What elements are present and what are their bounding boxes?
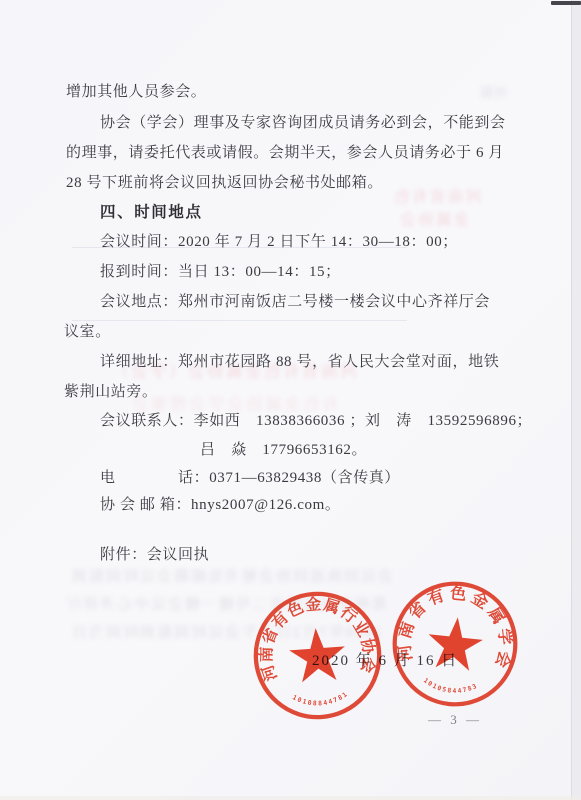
body-line-venue-2: 议室。 [64,320,111,341]
body-line-participants: 增加其他人员参会。 [66,80,206,101]
bleed-through-corner-mark: 刊报 [478,82,508,101]
official-seal-society: 河南省有色金属学会 4101058447834 [381,570,528,717]
body-line-meeting-time: 会议时间：2020 年 7 月 2 日下午 14：30—18：00； [100,230,458,251]
page-number: — 3 — [428,712,482,728]
official-seal-industry-association: 河南省有色金属行业协会 4101088447818 [244,582,390,728]
body-line-venue-1: 会议地点：郑州市河南饭店二号楼一楼会议中心齐祥厅会 [100,290,490,311]
attachment-note: 附件：会议回执 [100,543,209,564]
scan-page-right-edge [571,0,581,800]
scanned-document-page: 刊报 河南省有色 金属协会 河南省有色金属协会（学会） 有色金属协会学会理事会 … [0,0,581,800]
body-line-phone: 电 话：0371—63829438（含传真） [100,466,400,487]
body-line-directors-1: 协会（学会）理事及专家咨询团成员请务必到会，不能到会 [100,111,506,132]
star-icon [425,614,485,671]
body-line-address-2: 紫荆山站旁。 [64,380,158,401]
body-line-contacts-2: 吕 焱 17796653162。 [200,438,367,459]
body-line-directors-2: 的理事，请委托代表或请假。会期半天，参会人员请务必于 6 月 [66,141,504,162]
body-line-checkin-time: 报到时间：当日 13：00—14：15； [100,260,341,281]
scanner-artifact-line [551,1,581,5]
seal-left-graphic: 河南省有色金属行业协会 4101088447818 [244,582,390,728]
bleed-through-gray-line1: 会议回执返回协会秘书处邮箱会议时间报到 [70,565,393,586]
body-line-directors-3: 28 号下班前将会议回执返回协会秘书处邮箱。 [66,171,383,192]
body-line-email: 协 会 邮 箱：hnys2007@126.com。 [100,493,340,514]
section-heading-time-place: 四、时间地点 [100,200,203,222]
star-icon [288,626,347,683]
bleed-through-red-block-line2: 金属协会 [398,207,470,230]
scan-page-bottom-edge [0,796,581,800]
bleed-through-table-rule-bottom [72,320,407,321]
body-line-address-1: 详细地址：郑州市花园路 88 号，省人民大会堂对面，地铁 [100,350,499,371]
bleed-through-red-block-line1: 河南省有色 [392,184,482,207]
seal-right-graphic: 河南省有色金属学会 4101058447834 [381,570,528,717]
body-line-contacts-1: 会议联系人：李如西 13838366036 ；刘 涛 13592596896； [100,409,532,430]
